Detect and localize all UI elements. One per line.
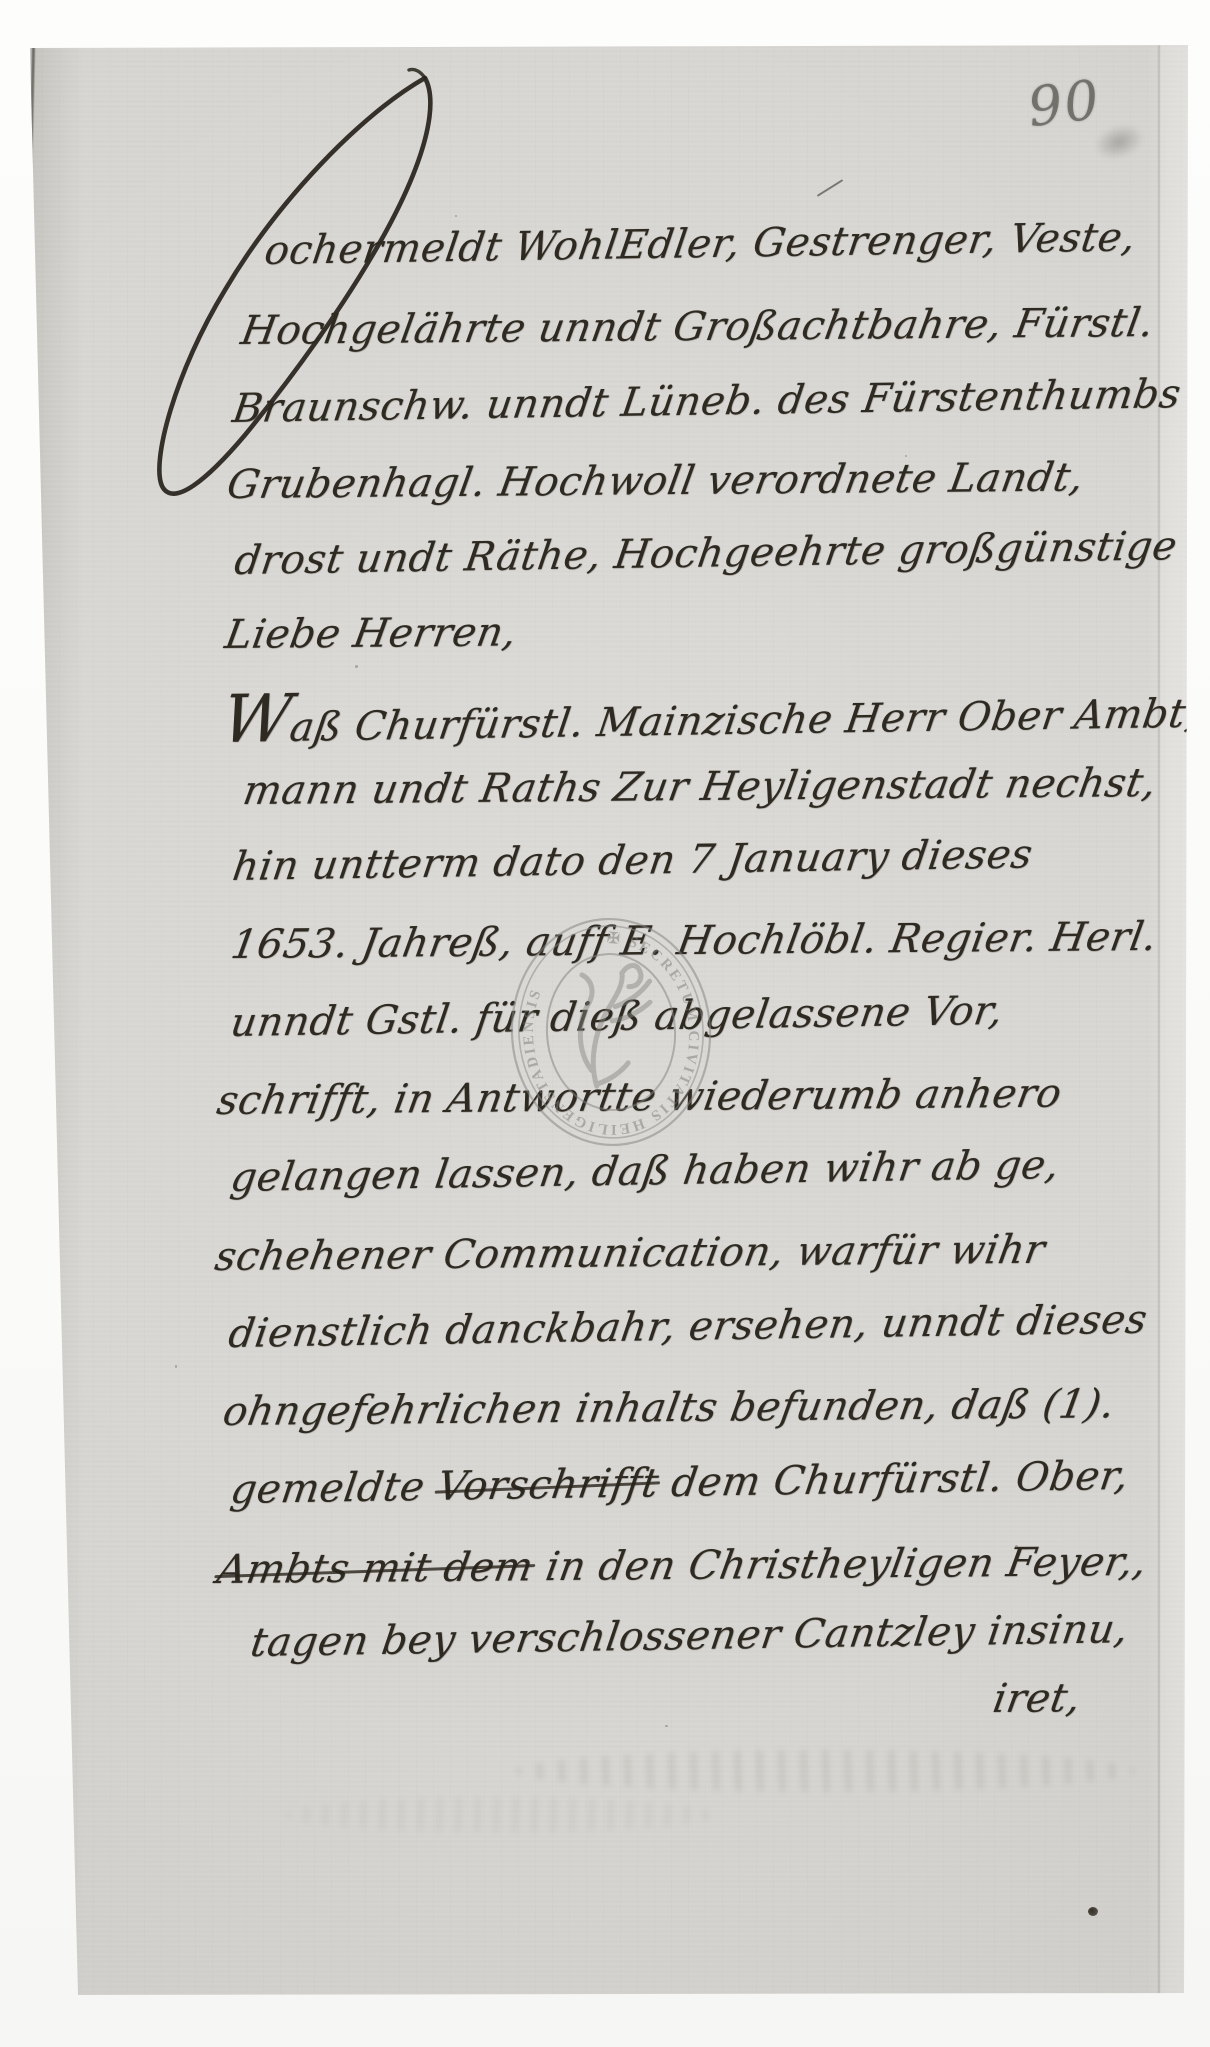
line-segment: dem Churfürstl. Ober, [655,1453,1132,1506]
paper-speck [455,215,457,217]
manuscript-line: mann undt Raths Zur Heyligenstadt nechst… [240,762,1160,812]
manuscript-line: gemeldte Vorschrifft dem Churfürstl. Obe… [228,1455,1131,1511]
manuscript-line: hin untterm dato den 7 January dieses [230,833,1035,888]
manuscript-line: Liebe Herren, [222,611,520,656]
archive-seal: ✠ SECRETUM CIVITATIS HEILIGENSTADIENSIS [497,906,725,1158]
line-segment: gemeldte [228,1464,441,1513]
paper-right-edge [1158,45,1160,1995]
manuscript-line: iret, [990,1677,1084,1720]
ink-blot [1088,1907,1098,1916]
paper-speck [355,665,358,668]
manuscript-line: Grubenhagl. Hochwoll verordnete Landt, [224,457,1087,506]
manuscript-line: gelangen lassen, daß haben wihr ab ge, [228,1144,1062,1199]
bleedthrough-smudge [285,1797,715,1833]
manuscript-line: tagen bey verschlossener Cantzley insinu… [248,1608,1131,1664]
paper-speck [175,1365,177,1368]
paper-speck [665,1725,668,1727]
manuscript-line: ohngefehrlichen inhalts befunden, daß (1… [220,1383,1118,1433]
struck-word: Vorschrifft [434,1460,661,1509]
manuscript-page: 90 H ochermeldt WohlEdler, Gestrenger, V… [25,45,1190,1995]
paper-left-edge [0,47,35,1994]
line-segment: in den Christheyligen Feyer,, [529,1539,1150,1590]
paper-right-margin [1160,45,1190,1995]
paper-speck [905,455,907,457]
struck-word: Ambts mit dem [214,1544,537,1593]
manuscript-line: Waß Churfürstl. Mainzische Herr Ober Amb… [218,670,1205,755]
folio-number: 90 [1025,73,1104,135]
rampant-lion-icon [576,964,657,1087]
bleedthrough-smudge [515,1750,1135,1792]
manuscript-line: Ambts mit dem in den Christheyligen Feye… [214,1541,1150,1591]
paper-speck [1015,1545,1018,1548]
bleedthrough-smudge [895,1305,1045,1331]
stray-pen-mark [817,179,844,197]
scanned-document: 90 H ochermeldt WohlEdler, Gestrenger, V… [0,0,1210,2047]
manuscript-line: schehener Communication, warfür wihr [212,1229,1048,1278]
manuscript-line: Hochgelährte unndt Großachtbahre, Fürstl… [238,302,1157,352]
